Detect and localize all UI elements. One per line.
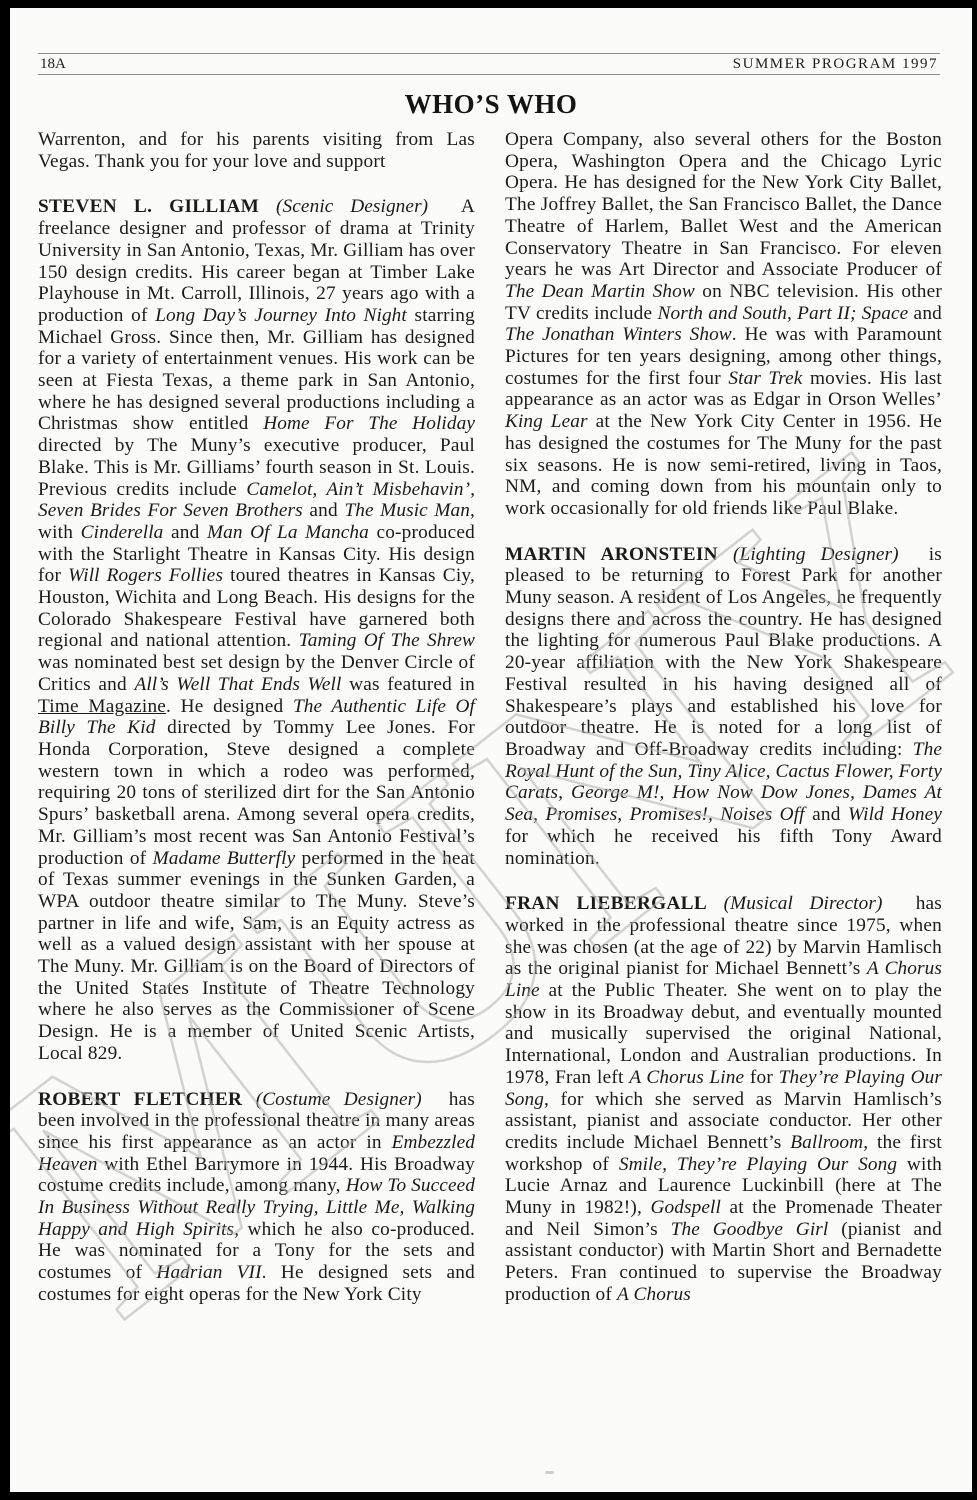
scan-mark — [545, 1471, 554, 1474]
page-header: 18A SUMMER PROGRAM 1997 — [38, 53, 940, 75]
bio-entry: MARTIN ARONSTEIN (Lighting Designer) is … — [505, 544, 942, 870]
scan-frame: 18A SUMMER PROGRAM 1997 WHO’S WHO Warren… — [0, 0, 977, 1500]
bio-entry: ROBERT FLETCHER (Costume Designer) has b… — [38, 1089, 475, 1306]
program-title: SUMMER PROGRAM 1997 — [733, 54, 938, 74]
bio-role: (Musical Director) — [724, 893, 883, 914]
column-left: Warrenton, and for his parents visiting … — [38, 129, 475, 1306]
continuation-paragraph: Opera Company, also several others for t… — [505, 129, 942, 520]
bio-role: (Costume Designer) — [256, 1089, 422, 1110]
bio-entry: STEVEN L. GILLIAM (Scenic Designer) A fr… — [38, 196, 475, 1064]
bio-role: (Scenic Designer) — [276, 196, 428, 217]
page-title: WHO’S WHO — [10, 89, 972, 120]
bio-name: STEVEN L. GILLIAM — [38, 196, 259, 217]
bio-name: ROBERT FLETCHER — [38, 1089, 242, 1110]
bio-entry: FRAN LIEBERGALL (Musical Director) has w… — [505, 893, 942, 1305]
page-number: 18A — [40, 54, 66, 74]
text-columns: Warrenton, and for his parents visiting … — [38, 129, 942, 1306]
column-right: Opera Company, also several others for t… — [505, 129, 942, 1306]
header-rule-bottom — [38, 74, 940, 75]
bio-name: FRAN LIEBERGALL — [505, 893, 707, 914]
bio-name: MARTIN ARONSTEIN — [505, 544, 718, 565]
continuation-paragraph: Warrenton, and for his parents visiting … — [38, 129, 475, 172]
bio-role: (Lighting Designer) — [733, 544, 899, 565]
program-page: 18A SUMMER PROGRAM 1997 WHO’S WHO Warren… — [10, 8, 972, 1492]
